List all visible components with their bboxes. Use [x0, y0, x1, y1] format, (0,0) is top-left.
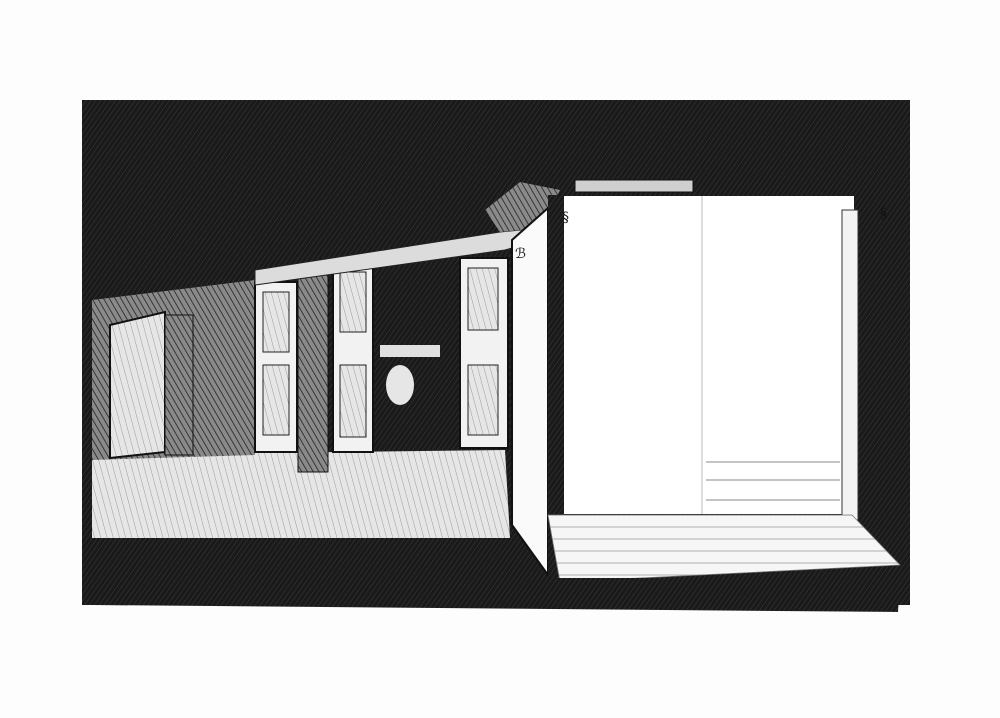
white-wall-right: [702, 196, 854, 514]
ink-drawing: ℬ § §: [0, 0, 1000, 718]
corner-wall: [512, 208, 548, 575]
right-dark-opening: [860, 210, 900, 540]
svg-text:§: §: [880, 206, 887, 222]
far-door: [110, 312, 165, 458]
white-wall-left: [564, 196, 702, 514]
right-frame: [842, 210, 858, 520]
ornament: ℬ: [515, 246, 526, 262]
svg-text:§: §: [562, 210, 569, 226]
far-door-frame: [165, 315, 193, 455]
porch-column: [298, 272, 328, 472]
top-beam: [575, 180, 693, 192]
